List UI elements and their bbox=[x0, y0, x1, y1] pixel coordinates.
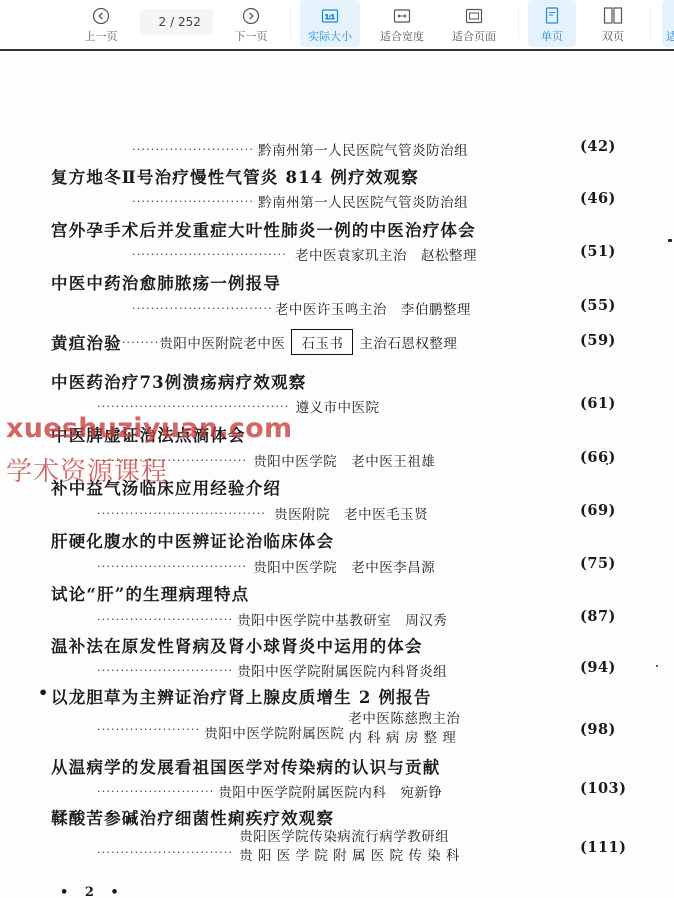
page-folio: • 2 • bbox=[60, 885, 125, 898]
scan-speck bbox=[668, 239, 672, 242]
leader-dots: ······················ bbox=[97, 723, 200, 736]
toc-page-number: (103) bbox=[580, 780, 627, 797]
toc-title[interactable]: 宫外孕手术后并发重症大叶性肺炎一例的中医治疗体会 bbox=[51, 217, 476, 241]
continuous-view-button[interactable]: 适 bbox=[662, 0, 674, 47]
toc-title[interactable]: 温补法在原发性肾病及肾小球肾炎中运用的体会 bbox=[51, 633, 423, 657]
toolbar-divider bbox=[290, 8, 291, 38]
leader-dots: ····························· bbox=[97, 664, 233, 677]
toc-page-number: (98) bbox=[580, 721, 616, 738]
toc-page-number: (87) bbox=[580, 608, 616, 625]
toc-title[interactable]: 从温病学的发展看祖国医学对传染病的认识与贡献 bbox=[51, 754, 440, 778]
leader-dots: ········ bbox=[122, 336, 160, 349]
leader-dots: ·························· bbox=[132, 195, 254, 208]
author-two-line: 贵阳医学院传染病流行病学教研组 贵 阳 医 学 院 附 属 医 院 传 染 科 bbox=[239, 828, 460, 866]
prev-page-button[interactable]: 上一页 bbox=[78, 0, 124, 47]
leader-dots: ······························ bbox=[132, 302, 273, 315]
toc-page-number: (55) bbox=[580, 297, 616, 314]
toc-page-number: (75) bbox=[580, 555, 616, 572]
actual-size-label: 实际大小 bbox=[308, 28, 352, 44]
leader-dots: ································· bbox=[132, 248, 287, 261]
leader-dots: ········································… bbox=[97, 400, 290, 413]
double-page-icon bbox=[603, 5, 623, 27]
watermark-url: xueshuziyuan.com bbox=[6, 413, 292, 444]
page-indicator: / 252 bbox=[140, 9, 213, 35]
actual-size-button[interactable]: 1:1 实际大小 bbox=[300, 0, 360, 47]
toc-inline-entry: 黄疸治验 ········ 贵阳中医附院老中医 石玉书 主治石恩权整理 bbox=[51, 329, 457, 355]
boxed-name: 石玉书 bbox=[291, 329, 353, 355]
toc-author-line: ·························· 黔南州第一人民医院气管炎防… bbox=[132, 191, 468, 211]
toc-title[interactable]: 中医中药治愈肺脓疡一例报导 bbox=[51, 270, 281, 294]
toolbar-divider bbox=[518, 8, 519, 38]
toc-title[interactable]: 试论“肝”的生理病理特点 bbox=[51, 581, 249, 605]
toc-title[interactable]: 鞣酸苦参碱治疗细菌性痢疾疗效观察 bbox=[51, 805, 334, 829]
fit-page-label: 适合页面 bbox=[452, 28, 496, 44]
next-page-button[interactable]: 下一页 bbox=[228, 0, 274, 47]
viewer-toolbar: 上一页 / 252 下一页 1:1 实际大小 适合宽度 适合页面 单页 bbox=[0, 0, 674, 51]
leader-dots: ····························· bbox=[97, 846, 233, 859]
toc-page-number: (69) bbox=[580, 502, 616, 519]
fit-width-label: 适合宽度 bbox=[380, 28, 424, 44]
toc-author-line: ····························· 贵阳医学院传染病流行… bbox=[97, 828, 460, 866]
single-page-icon bbox=[545, 5, 559, 27]
toc-author-line: ························· 贵阳中医学院附属医院内科 宛… bbox=[97, 781, 442, 801]
author-two-line: 老中医陈慈煦主治 内 科 病 房 整 理 bbox=[348, 710, 460, 748]
toc-page-number: (66) bbox=[580, 449, 616, 466]
toc-page-number: (59) bbox=[580, 332, 616, 349]
leader-dots: ································ bbox=[97, 560, 247, 573]
toc-author-line: ···································· 贵医附… bbox=[97, 503, 428, 523]
toc-author-line: ································ 贵阳中医学院 … bbox=[97, 556, 435, 576]
toc-page-number: (51) bbox=[580, 243, 616, 260]
toolbar-divider bbox=[650, 8, 651, 38]
watermark-text: 学术资源课程 bbox=[6, 451, 168, 488]
bullet-mark: • bbox=[38, 683, 48, 702]
single-page-label: 单页 bbox=[541, 28, 563, 44]
toc-page-number: (42) bbox=[580, 138, 616, 155]
scan-speck bbox=[606, 463, 608, 465]
leader-dots: ···································· bbox=[97, 507, 266, 520]
toc-author-line: ································· 老中医袁家玑… bbox=[132, 244, 477, 264]
fit-width-icon bbox=[393, 5, 411, 27]
single-page-button[interactable]: 单页 bbox=[528, 0, 576, 47]
fit-page-button[interactable]: 适合页面 bbox=[444, 0, 504, 47]
toc-title[interactable]: 肝硬化腹水的中医辨证论治临床体会 bbox=[51, 528, 334, 552]
toc-page-number: (46) bbox=[580, 190, 616, 207]
chevron-left-circle-icon bbox=[92, 5, 110, 27]
toc-author-line: ······················ 贵阳中医学院附属医院 老中医陈慈煦… bbox=[97, 710, 460, 748]
svg-text:1:1: 1:1 bbox=[325, 14, 335, 21]
prev-page-label: 上一页 bbox=[85, 28, 118, 44]
toc-title[interactable]: 中医药治疗73例溃疡病疗效观察 bbox=[51, 369, 306, 393]
leader-dots: ····························· bbox=[97, 613, 233, 626]
leader-dots: ························· bbox=[97, 785, 214, 798]
double-page-label: 双页 bbox=[602, 28, 624, 44]
fit-page-icon bbox=[465, 5, 483, 27]
toc-author-line: ····························· 贵阳中医学院附属医院… bbox=[97, 660, 447, 680]
leader-dots: ·························· bbox=[132, 143, 254, 156]
current-page-input[interactable] bbox=[152, 15, 166, 29]
view-mode-icon bbox=[662, 5, 674, 27]
double-page-button[interactable]: 双页 bbox=[590, 0, 636, 47]
toc-title[interactable]: 黄疸治验 bbox=[51, 330, 122, 354]
toc-page-number: (94) bbox=[580, 659, 616, 676]
toc-title[interactable]: 以龙胆草为主辨证治疗肾上腺皮质增生 2 例报告 bbox=[51, 684, 432, 708]
toc-title[interactable]: 复方地冬Ⅱ号治疗慢性气管炎 814 例疗效观察 bbox=[51, 164, 419, 188]
toc-page-number: (111) bbox=[580, 839, 627, 856]
next-page-label: 下一页 bbox=[235, 28, 268, 44]
toc-author-line: ····························· 贵阳中医学院中基教研… bbox=[97, 609, 447, 629]
fit-width-button[interactable]: 适合宽度 bbox=[372, 0, 432, 47]
total-pages: / 252 bbox=[170, 15, 201, 29]
continuous-view-label: 适 bbox=[666, 28, 674, 44]
toc-author-line: ······························ 老中医许玉鸣主治 … bbox=[132, 298, 471, 318]
scan-speck bbox=[656, 665, 658, 667]
chevron-right-circle-icon bbox=[242, 5, 260, 27]
toc-page-number: (61) bbox=[580, 395, 616, 412]
actual-size-icon: 1:1 bbox=[321, 5, 339, 27]
toc-author-line: ·························· 黔南州第一人民医院气管炎防… bbox=[132, 139, 468, 159]
